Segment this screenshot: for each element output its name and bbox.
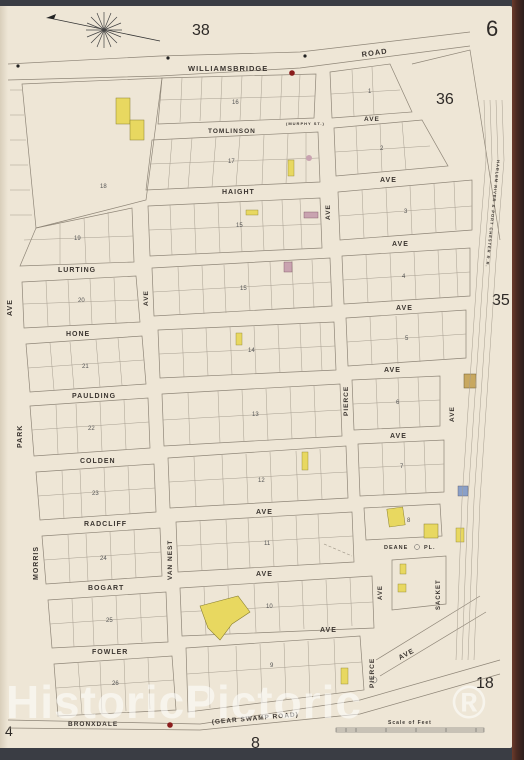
block-23: 23 bbox=[36, 464, 156, 520]
street-label-ave: AVE bbox=[390, 433, 407, 440]
street-label-haight: HAIGHT bbox=[222, 189, 255, 196]
railroad-label: HARLEM RIVER & PORT CHESTER R.R. bbox=[485, 160, 501, 268]
watermark: HistoricPictoric bbox=[6, 676, 362, 728]
block-11: 11 bbox=[176, 512, 354, 572]
block-number-18: 18 bbox=[100, 184, 107, 190]
street-label-paulding: PAULDING bbox=[72, 393, 116, 400]
street-label-hone: HONE bbox=[66, 331, 90, 338]
street-label-pierce: PIERCE bbox=[343, 386, 350, 416]
svg-text:22: 22 bbox=[88, 426, 95, 432]
block-8: 8 bbox=[364, 504, 442, 540]
frame-building bbox=[116, 98, 130, 124]
block-16: 16 bbox=[158, 74, 316, 124]
street-label-ave: AVE bbox=[380, 177, 397, 184]
street-label-ave: AVE bbox=[325, 204, 332, 220]
street-label-ave: AVE bbox=[256, 571, 273, 578]
street-label-sacket: SACKET bbox=[436, 579, 442, 610]
street-label-ave: AVE bbox=[396, 305, 413, 312]
street-label-park-ave: AVE bbox=[7, 299, 14, 316]
street-label-ave: AVE bbox=[143, 290, 150, 306]
block-2: 2 bbox=[334, 120, 448, 176]
svg-text:5: 5 bbox=[405, 336, 409, 342]
marker-dot-icon bbox=[166, 56, 169, 59]
adjacent-sheet-number-35: 35 bbox=[492, 292, 510, 309]
street-label-ave: AVE bbox=[392, 241, 409, 248]
svg-text:15: 15 bbox=[236, 223, 243, 229]
svg-text:4: 4 bbox=[402, 274, 406, 280]
svg-text:16: 16 bbox=[232, 100, 239, 106]
block-17: 17 bbox=[146, 132, 320, 190]
svg-text:13: 13 bbox=[252, 412, 259, 418]
street-label-park: PARK bbox=[17, 425, 24, 448]
fire-hydrant-icon bbox=[289, 70, 295, 76]
street-label-tomlinson: TOMLINSON bbox=[208, 128, 256, 135]
svg-text:15: 15 bbox=[240, 286, 247, 292]
diagonal-avenue bbox=[376, 596, 486, 676]
street-label-ave: AVE bbox=[320, 627, 337, 634]
street-label-bogart: BOGART bbox=[88, 585, 124, 592]
street-label-pl: PL. bbox=[424, 545, 436, 551]
street-label-colden: COLDEN bbox=[80, 458, 116, 465]
street-label-ave: AVE bbox=[378, 585, 384, 600]
street-label-ave: AVE bbox=[384, 367, 401, 374]
street-label-ave: AVE bbox=[449, 406, 456, 422]
block-6: 6 bbox=[352, 376, 440, 430]
svg-text:14: 14 bbox=[248, 348, 255, 354]
frame-building bbox=[456, 528, 464, 542]
street-label-williamsbridge: WILLIAMSBRIDGE bbox=[188, 64, 268, 73]
frame-building bbox=[130, 120, 144, 140]
block-3: 3 bbox=[338, 180, 472, 240]
svg-text:17: 17 bbox=[228, 159, 235, 165]
svg-text:10: 10 bbox=[266, 604, 273, 610]
block-14: 14 bbox=[158, 322, 336, 378]
svg-text:24: 24 bbox=[100, 556, 107, 562]
block-7: 7 bbox=[358, 440, 444, 496]
street-label-van-nest: VAN NEST bbox=[167, 540, 174, 580]
watermark-registered-mark: ® bbox=[452, 676, 487, 728]
block-21: 21 bbox=[26, 336, 146, 392]
block-5: 5 bbox=[346, 310, 466, 366]
adjacent-sheet-number-top: 38 bbox=[192, 22, 210, 39]
street-label-morris: MORRIS bbox=[33, 546, 40, 580]
svg-text:6: 6 bbox=[396, 400, 400, 406]
block-15-south: 15 bbox=[152, 258, 332, 316]
adjacent-sheet-number-36: 36 bbox=[436, 91, 454, 108]
svg-text:7: 7 bbox=[400, 464, 404, 470]
plate-number: 6 bbox=[486, 16, 498, 41]
svg-text:1: 1 bbox=[368, 89, 372, 95]
williamsbridge-road-north-edge bbox=[8, 32, 470, 64]
street-label-ave: AVE bbox=[364, 116, 380, 123]
svg-text:21: 21 bbox=[82, 364, 89, 370]
block-19: 19 bbox=[20, 208, 134, 266]
block-13: 13 bbox=[162, 384, 342, 446]
svg-text:25: 25 bbox=[106, 618, 113, 624]
compass-rose-icon bbox=[46, 12, 160, 48]
svg-text:19: 19 bbox=[74, 236, 81, 242]
svg-text:Scale of Feet: Scale of Feet bbox=[388, 720, 432, 726]
adjacent-sheet-number-8: 8 bbox=[251, 735, 260, 752]
block-12: 12 bbox=[168, 446, 348, 508]
street-note-murphy: (MURPHY ST.) bbox=[286, 121, 325, 126]
svg-text:23: 23 bbox=[92, 491, 99, 497]
sanborn-map: 38 6 36 35 18 8 4 WILLIAMSBRIDGE ROAD 18… bbox=[0, 0, 524, 760]
street-label-lurting: LURTING bbox=[58, 267, 96, 274]
block-1: 1 bbox=[330, 64, 412, 118]
hydrant-icon bbox=[415, 545, 420, 550]
block-4: 4 bbox=[342, 248, 470, 304]
block-24: 24 bbox=[42, 528, 162, 584]
marker-dot-icon bbox=[16, 64, 19, 67]
estate-parcel bbox=[22, 78, 162, 228]
street-label-radcliff: RADCLIFF bbox=[84, 521, 127, 528]
block-25: 25 bbox=[48, 592, 168, 648]
svg-text:11: 11 bbox=[264, 541, 271, 547]
street-label-pierce: PIERCE bbox=[369, 658, 376, 688]
block-20: 20 bbox=[22, 276, 140, 328]
block-15: 15 bbox=[148, 198, 322, 256]
svg-text:12: 12 bbox=[258, 478, 265, 484]
street-label-fowler: FOWLER bbox=[92, 649, 128, 656]
street-label-ave: AVE bbox=[256, 509, 273, 516]
svg-text:3: 3 bbox=[404, 209, 408, 215]
block-10: 10 bbox=[180, 576, 374, 640]
street-label-deane: DEANE bbox=[384, 545, 408, 551]
svg-text:8: 8 bbox=[407, 518, 411, 524]
svg-text:20: 20 bbox=[78, 298, 85, 304]
block-22: 22 bbox=[30, 398, 150, 456]
marker-dot-icon bbox=[303, 54, 306, 57]
